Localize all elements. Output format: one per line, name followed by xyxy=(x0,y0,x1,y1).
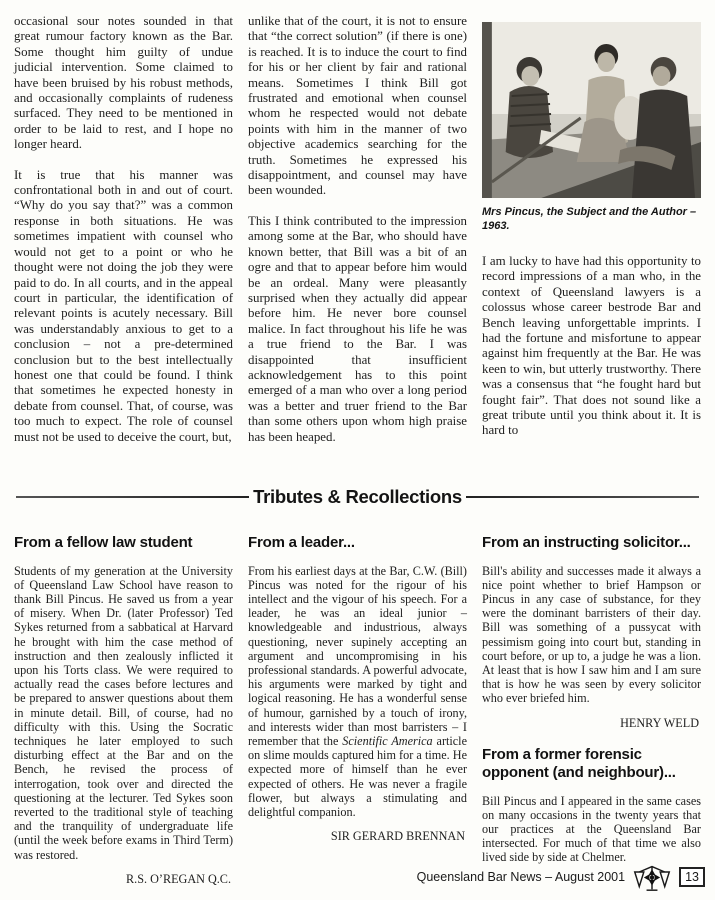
top-column-1: occasional sour notes sounded in that gr… xyxy=(14,14,233,466)
tribute-body: Students of my generation at the Univers… xyxy=(14,564,233,862)
tribute-signature: SIR GERARD BRENNAN xyxy=(248,829,465,843)
tribute-heading: From a former forensic opponent (and nei… xyxy=(482,746,701,783)
photo-mrs-pincus-boat xyxy=(482,22,701,198)
top-column-3: Mrs Pincus, the Subject and the Author –… xyxy=(482,14,701,466)
paragraph: unlike that of the court, it is not to e… xyxy=(248,14,467,199)
tribute-heading: From a fellow law student xyxy=(14,534,233,553)
tribute-signature: R.S. O’REGAN Q.C. xyxy=(14,872,231,886)
tribute-column-1: From a fellow law student Students of my… xyxy=(14,534,233,900)
scales-of-justice-logo-icon xyxy=(632,862,672,892)
paragraph: I am lucky to have had this opportunity … xyxy=(482,254,701,439)
page-number-badge: 13 xyxy=(679,867,705,887)
tributes-section: From a fellow law student Students of my… xyxy=(14,534,701,900)
top-column-2: unlike that of the court, it is not to e… xyxy=(248,14,467,466)
paragraph: occasional sour notes sounded in that gr… xyxy=(14,14,233,153)
magazine-page: occasional sour notes sounded in that gr… xyxy=(0,0,715,900)
tribute-body: Bill's ability and successes made it alw… xyxy=(482,564,701,706)
photo-caption: Mrs Pincus, the Subject and the Author –… xyxy=(482,205,701,233)
tribute-body: Bill Pincus and I appeared in the same c… xyxy=(482,794,701,865)
tribute-heading: From a leader... xyxy=(248,534,467,553)
tribute-column-3: From an instructing solicitor... Bill's … xyxy=(482,534,701,900)
italic-title: Scientific America xyxy=(342,734,432,748)
photo-placeholder-graphic xyxy=(482,22,701,198)
paragraph: It is true that his manner was confronta… xyxy=(14,168,233,445)
section-divider: Tributes & Recollections xyxy=(16,486,699,508)
tribute-column-2: From a leader... From his earliest days … xyxy=(248,534,467,900)
tribute-signature: HENRY WELD xyxy=(482,716,699,730)
top-article-section: occasional sour notes sounded in that gr… xyxy=(14,14,701,466)
tribute-body: From his earliest days at the Bar, C.W. … xyxy=(248,564,467,820)
section-title: Tributes & Recollections xyxy=(249,486,466,508)
divider-rule-left xyxy=(16,496,249,498)
footer-publication-title: Queensland Bar News – August 2001 xyxy=(417,870,625,884)
tribute-heading: From an instructing solicitor... xyxy=(482,534,701,553)
paragraph: This I think contributed to the impressi… xyxy=(248,214,467,445)
page-footer: Queensland Bar News – August 2001 xyxy=(417,862,705,892)
divider-rule-right xyxy=(466,496,699,498)
tribute-body-text: From his earliest days at the Bar, C.W. … xyxy=(248,564,467,748)
